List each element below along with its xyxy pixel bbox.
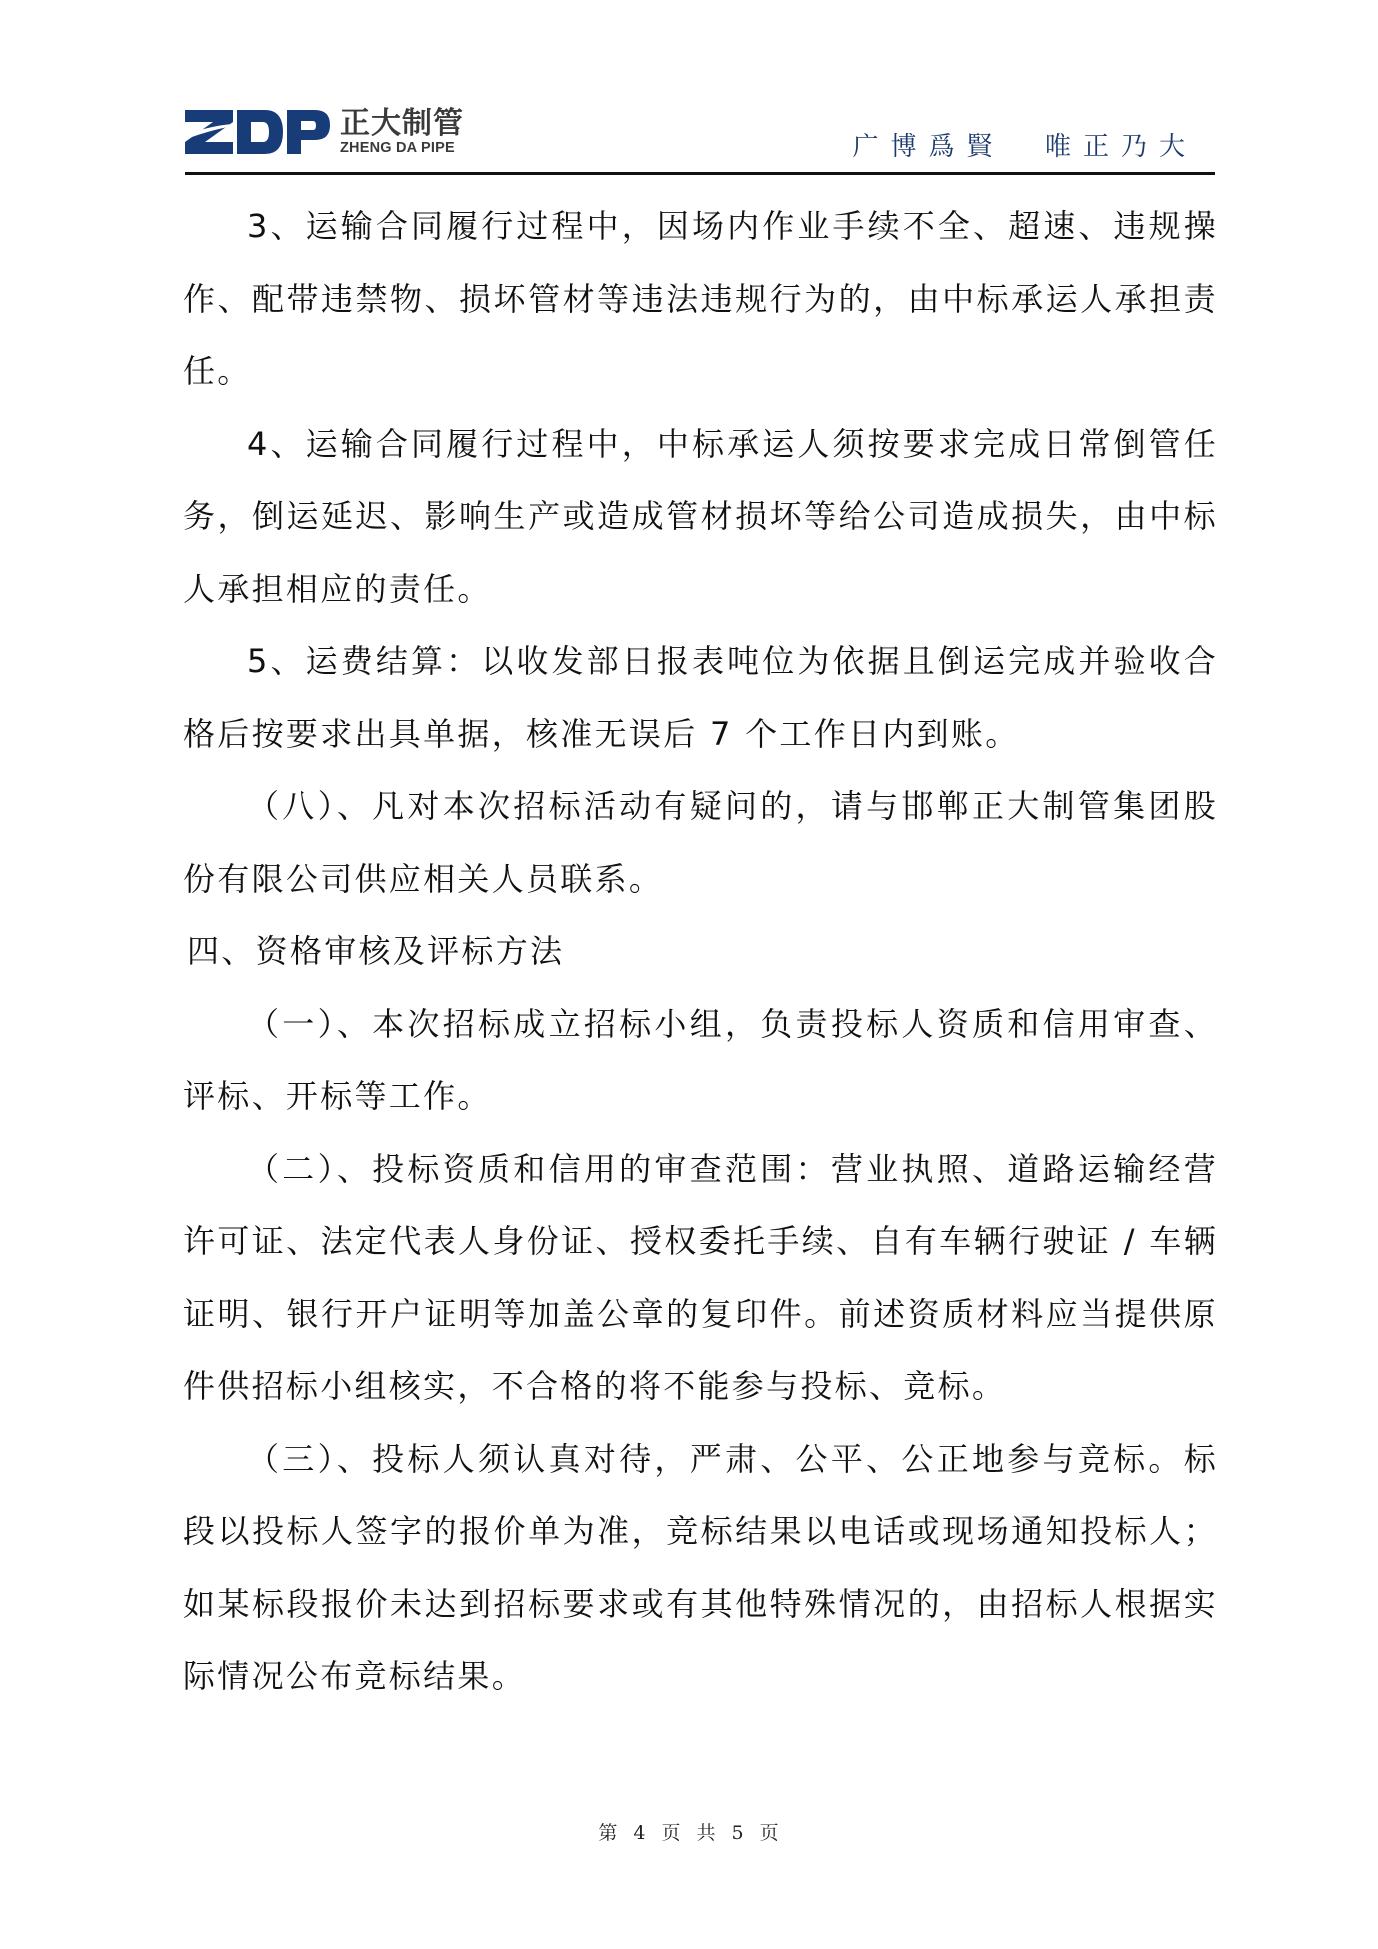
clause-5-paragraph: 5、运费结算：以收发部日报表吨位为依据且倒运完成并验收合格后按要求出具单据，核准…: [183, 625, 1218, 770]
page-number-footer: 第 4 页 共 5 页: [0, 1818, 1378, 1845]
item-2-paragraph: （二）、投标资质和信用的审查范围：营业执照、道路运输经营许可证、法定代表人身份证…: [183, 1133, 1218, 1423]
clause-3-paragraph: 3、运输合同履行过程中，因场内作业手续不全、超速、违规操作、配带违禁物、损坏管材…: [183, 190, 1218, 408]
item-1-paragraph: （一）、本次招标成立招标小组，负责投标人资质和信用审查、评标、开标等工作。: [183, 988, 1218, 1133]
clause-4-paragraph: 4、运输合同履行过程中，中标承运人须按要求完成日常倒管任务，倒运延迟、影响生产或…: [183, 408, 1218, 626]
company-logo: 正大制管 ZHENG DA PIPE: [185, 108, 464, 156]
company-slogan: 广博爲賢 唯正乃大: [852, 126, 1197, 163]
page-header: 正大制管 ZHENG DA PIPE 广博爲賢 唯正乃大: [185, 100, 1215, 175]
section-8-contact-paragraph: （八）、凡对本次招标活动有疑问的，请与邯郸正大制管集团股份有限公司供应相关人员联…: [183, 770, 1218, 915]
document-body: 3、运输合同履行过程中，因场内作业手续不全、超速、违规操作、配带违禁物、损坏管材…: [183, 190, 1218, 1713]
logo-chinese-name: 正大制管: [340, 108, 464, 140]
document-page: 正大制管 ZHENG DA PIPE 广博爲賢 唯正乃大 3、运输合同履行过程中…: [0, 0, 1378, 1949]
logo-english-name: ZHENG DA PIPE: [340, 140, 464, 156]
section-4-heading: 四、资格审核及评标方法: [183, 915, 1218, 988]
zdp-logo-icon: [185, 108, 330, 156]
header-divider: [185, 172, 1215, 175]
item-3-paragraph: （三）、投标人须认真对待，严肃、公平、公正地参与竞标。标段以投标人签字的报价单为…: [183, 1423, 1218, 1713]
